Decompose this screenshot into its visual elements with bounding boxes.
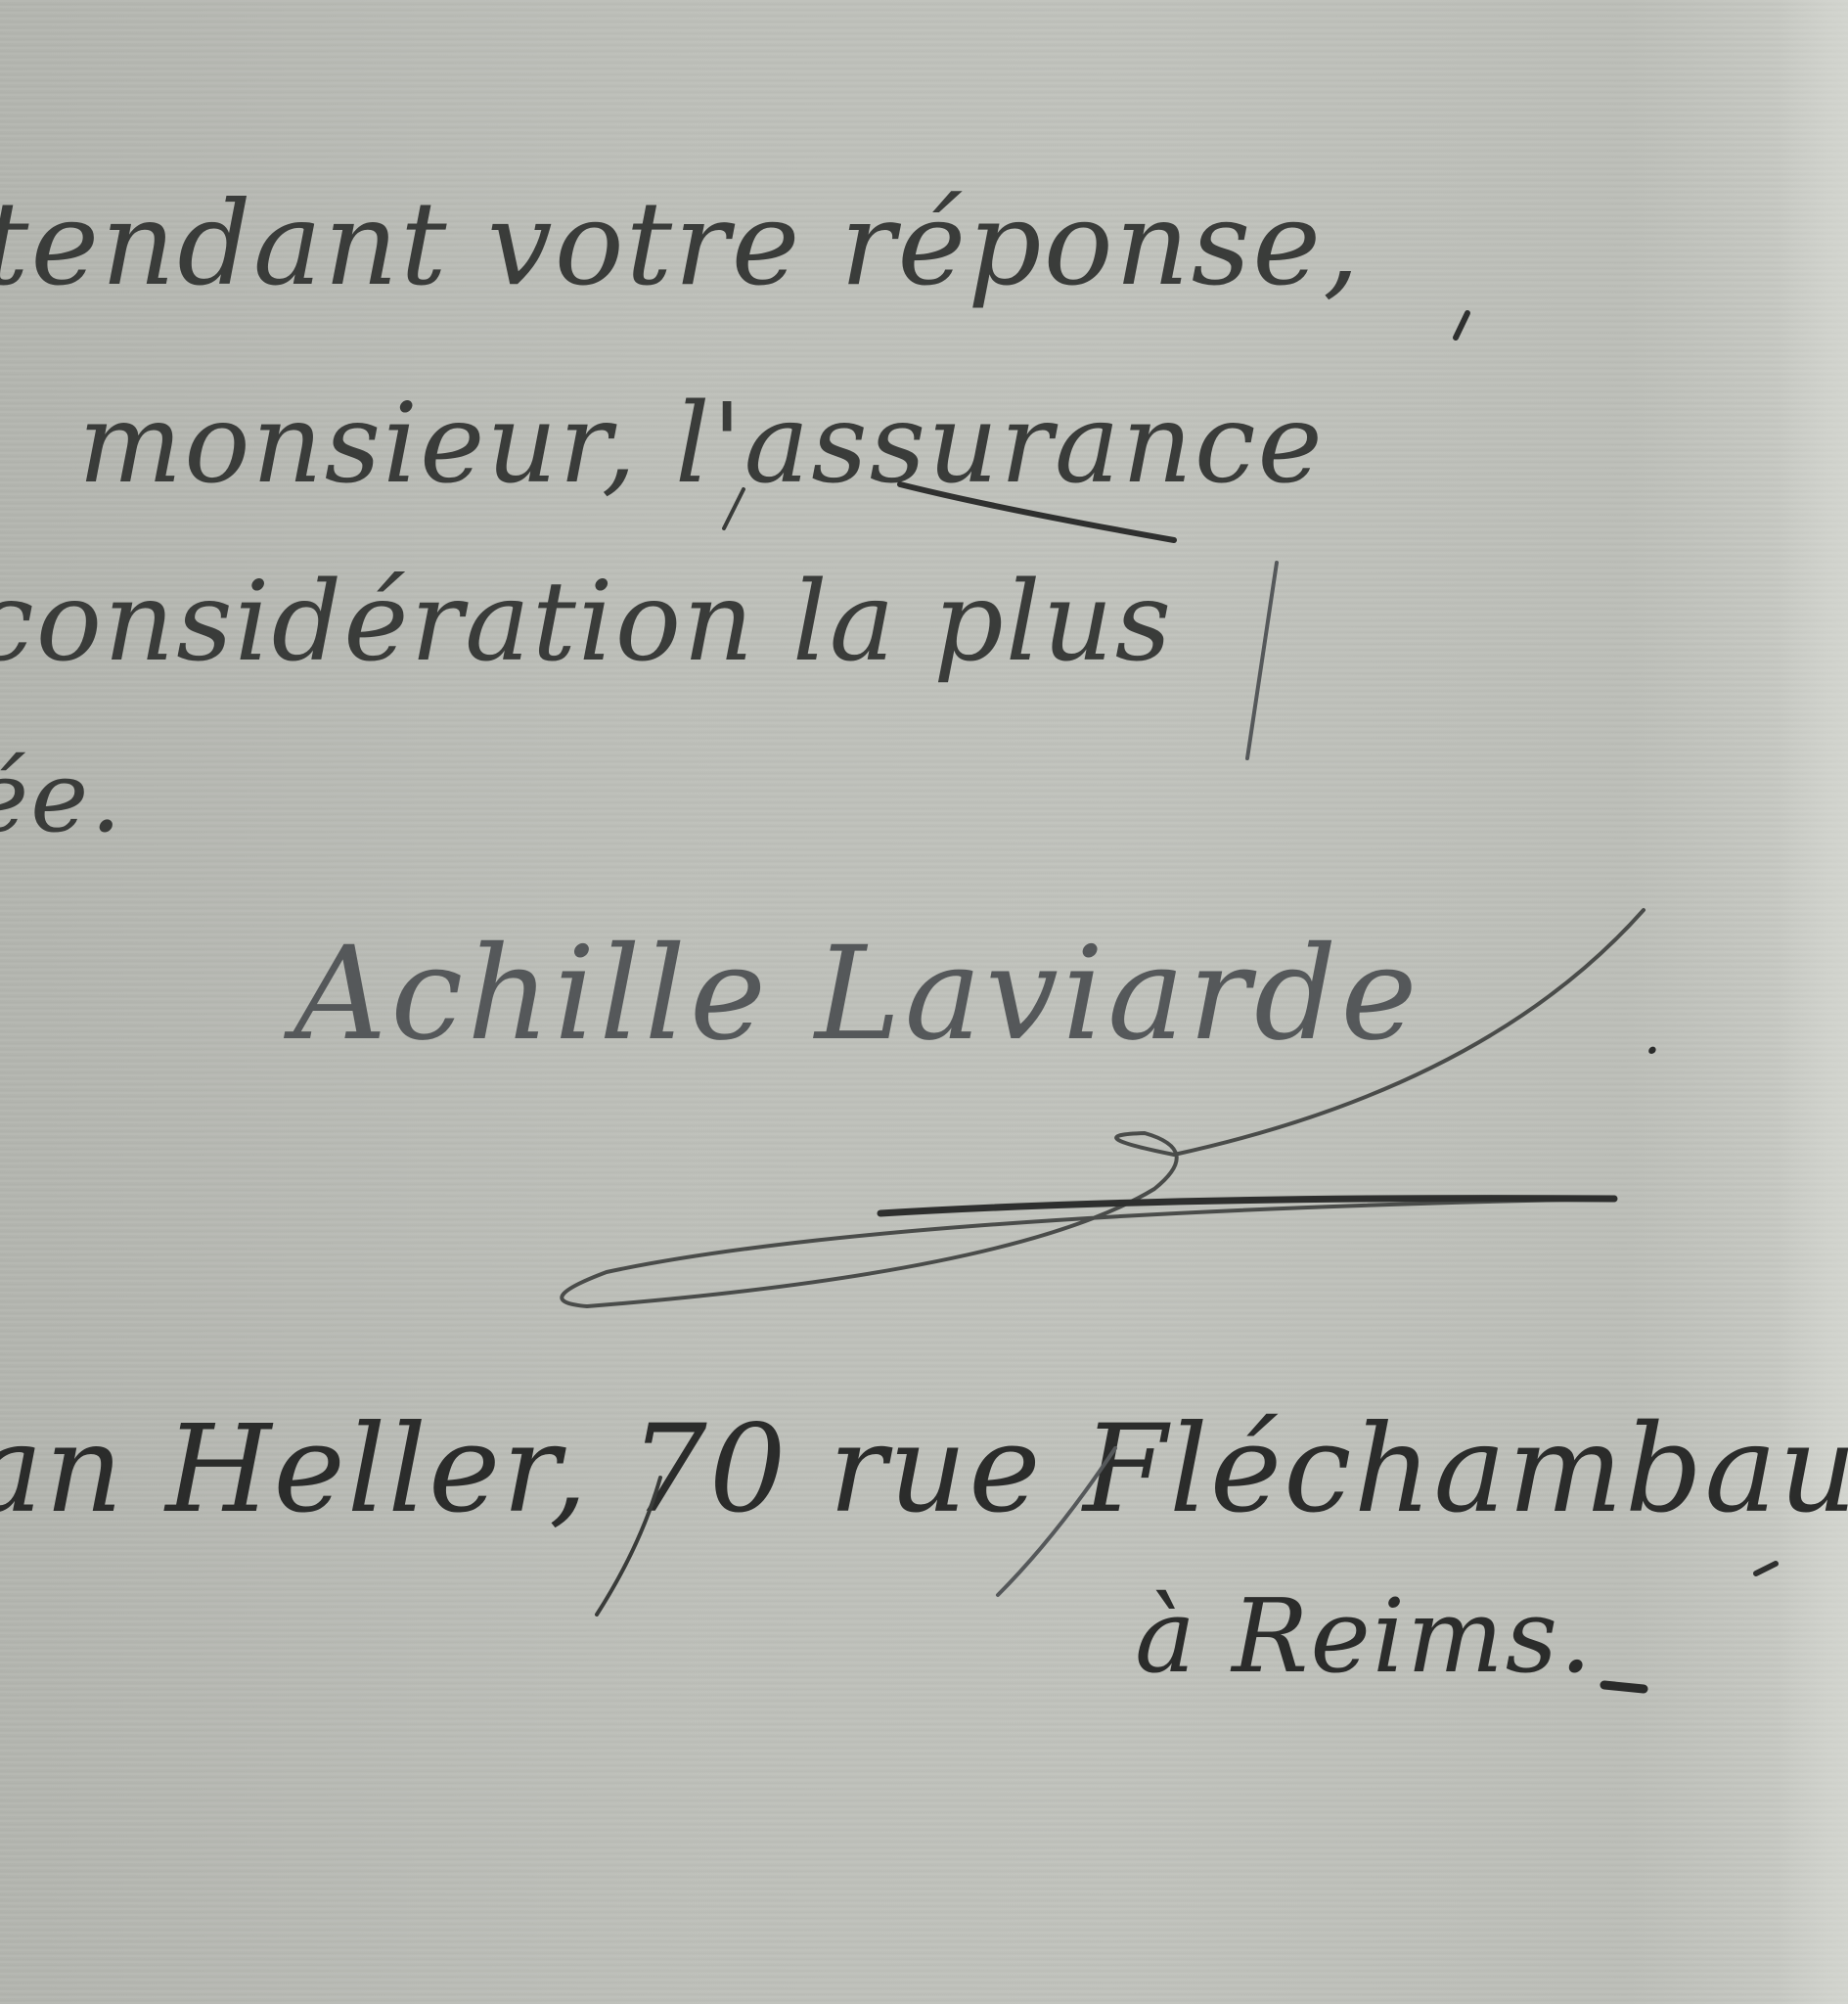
- letter-line-4: ée.: [0, 749, 123, 846]
- letter-line-1: tendant votre réponse,: [0, 186, 1362, 301]
- address-city: à Reims.: [1135, 1585, 1594, 1687]
- paper-edge: [1780, 0, 1848, 2004]
- signature-suffix: .: [1644, 1008, 1663, 1063]
- signature: Achille Laviarde: [293, 930, 1421, 1059]
- letter-line-3: considération la plus: [0, 568, 1173, 677]
- letter-line-2: monsieur, l'assurance: [78, 389, 1325, 499]
- address-line: an Heller, 70 rue Fléchambault: [0, 1409, 1848, 1530]
